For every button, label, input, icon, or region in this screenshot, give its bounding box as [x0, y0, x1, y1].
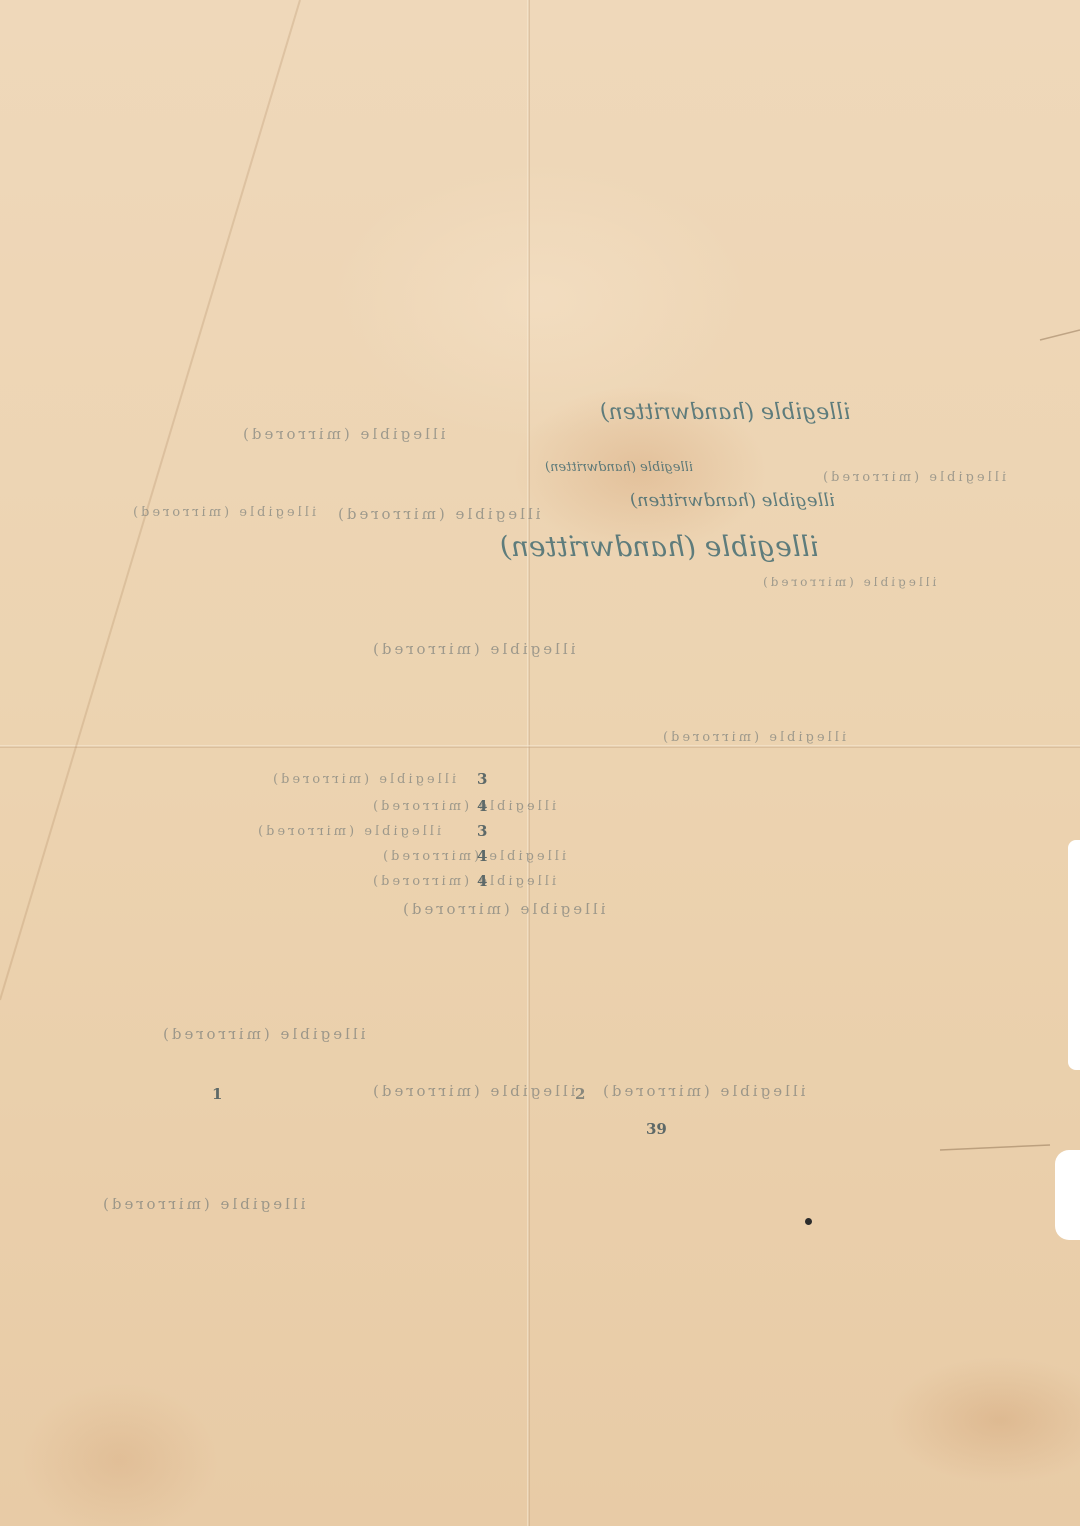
document-page: illegible (mirrored) illegible (mirrored… — [0, 0, 1080, 1526]
horizontal-fold — [0, 745, 1080, 748]
list-number: 3 — [477, 822, 487, 840]
handwritten-note-4: illegible (handwritten) — [500, 530, 819, 563]
text-row-b: illegible (mirrored) — [370, 1082, 575, 1100]
list-item: illegible (mirrored) — [370, 799, 556, 814]
paper-creases — [0, 0, 1080, 1526]
text-line-7: illegible (mirrored) — [160, 1025, 365, 1043]
text-line-2-left: illegible (mirrored) — [130, 505, 316, 520]
text-line-3: illegible (mirrored) — [760, 575, 936, 589]
text-line-5: illegible (mirrored) — [660, 730, 846, 745]
list-item: illegible (mirrored) — [255, 824, 441, 839]
ink-dot — [805, 1218, 812, 1225]
list-item: illegible (mirrored) — [370, 874, 556, 889]
vertical-fold — [527, 0, 530, 1526]
list-number: 3 — [477, 770, 487, 788]
list-item: illegible (mirrored) — [270, 772, 456, 787]
signature-line: illegible (mirrored) — [100, 1195, 305, 1213]
handwritten-note-2: illegible (handwritten) — [545, 460, 693, 475]
text-line-2-mid: illegible (mirrored) — [335, 505, 540, 523]
text-line-1: illegible (mirrored) — [240, 425, 445, 443]
number-39: 39 — [646, 1120, 667, 1138]
text-line-4: illegible (mirrored) — [370, 640, 575, 658]
text-row-a: illegible (mirrored) — [600, 1082, 805, 1100]
torn-edge — [1068, 840, 1080, 1070]
text-line-2-right: illegible (mirrored) — [820, 470, 1006, 485]
text-line-6: illegible (mirrored) — [400, 900, 605, 918]
row-b-number: 1 — [212, 1085, 222, 1103]
handwritten-note-1: illegible (handwritten) — [600, 400, 850, 425]
list-item: illegible (mirrored) — [380, 849, 566, 864]
row-a-number: 2 — [575, 1085, 585, 1103]
torn-edge — [1055, 1150, 1080, 1240]
handwritten-note-3: illegible (handwritten) — [630, 490, 835, 511]
